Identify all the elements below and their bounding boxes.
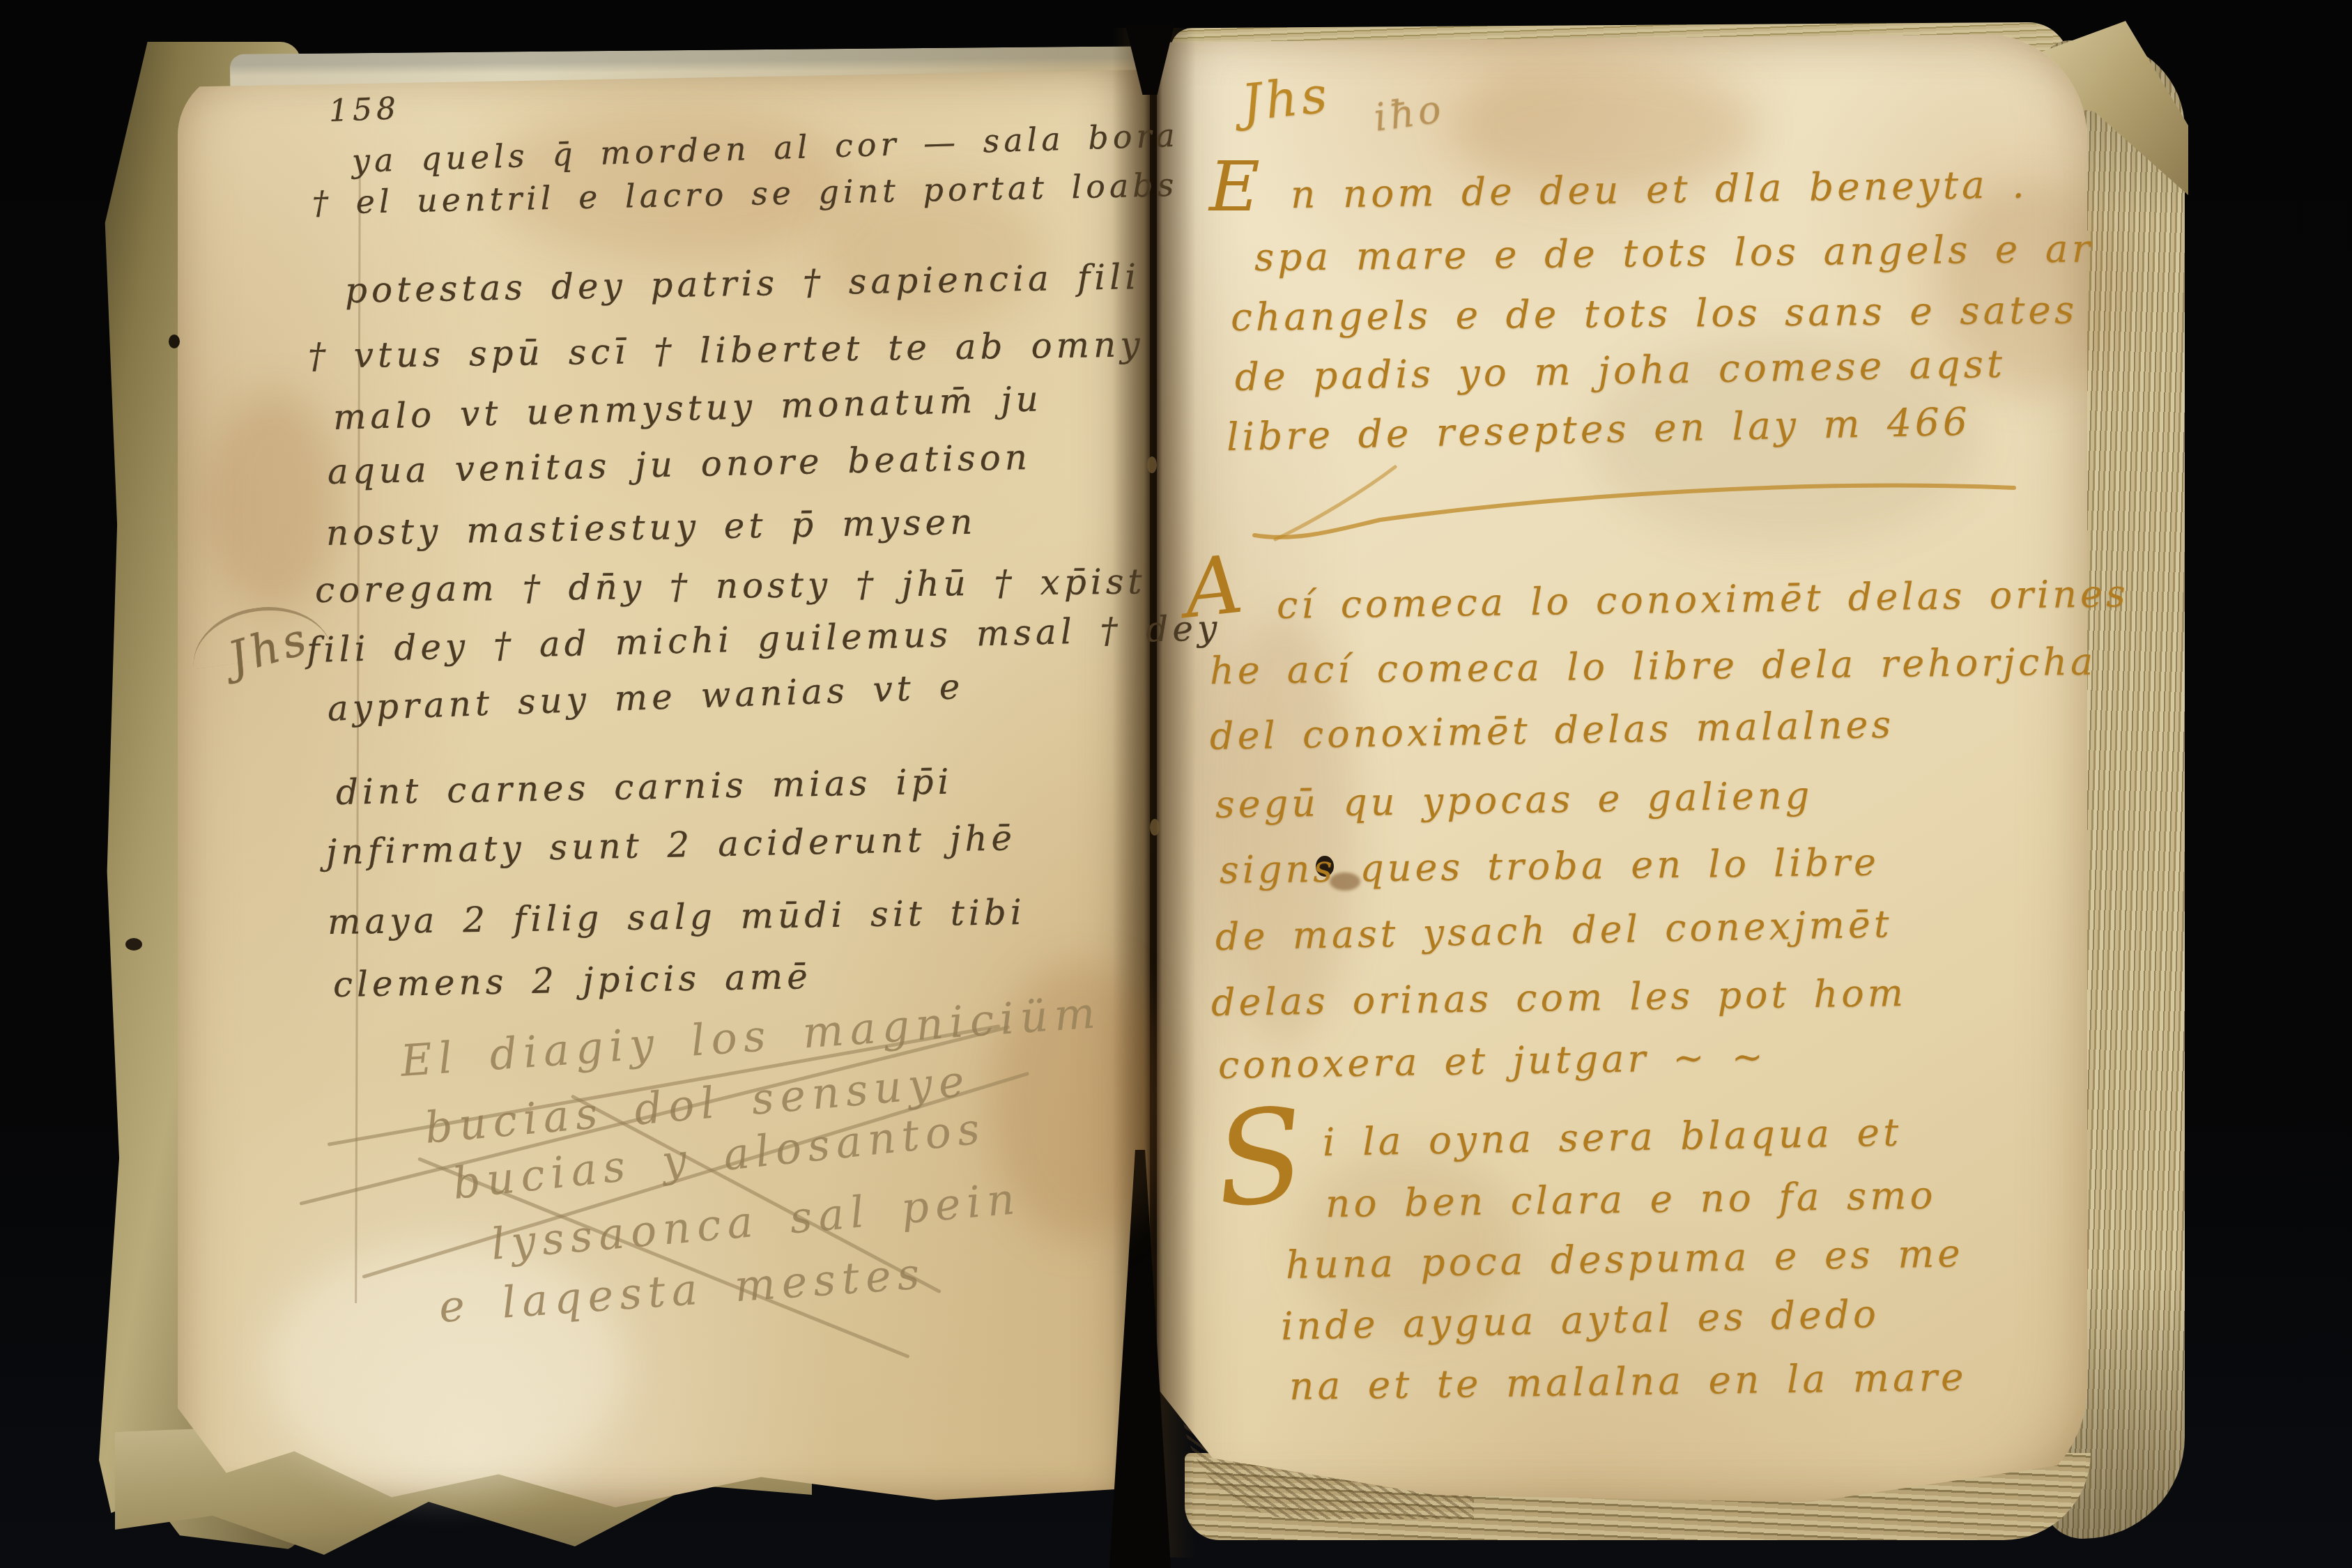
left-prayer-line: nosty mastiestuy et p̄ mysen <box>326 505 977 551</box>
right-title-line: spa mare e de tots los angels e ar <box>1254 229 2094 277</box>
left-prayer-line: dint carnes carnis mias ip̄i <box>336 764 953 810</box>
flourish-underline <box>1233 453 2056 551</box>
binding-stitch <box>1147 456 1157 473</box>
right-closing-line: no ben clara e no fa smo <box>1325 1176 1937 1223</box>
right-body-line: he ací comeca lo libre dela rehorjcha <box>1210 643 2097 690</box>
manuscript-photo: Jhs 158 ya quels q̄ morden al cor — sala… <box>0 0 2352 1568</box>
right-closing-line: i la oyna sera blaqua et <box>1323 1113 1903 1162</box>
right-body-line: delas orinas com les pot hom <box>1211 974 1907 1022</box>
binding-stitch <box>1150 819 1160 836</box>
title-initial: E <box>1209 152 1260 222</box>
left-prayer-line: maya 2 filig salg mūdi sit tibi <box>328 895 1026 939</box>
right-title-line: n nom de deu et dla beneyta . <box>1291 165 2029 214</box>
left-prayer-line: clemens 2 jpicis amē <box>333 959 813 1002</box>
dark-spot <box>125 938 142 951</box>
body-initial: A <box>1181 545 1247 631</box>
right-body-line: del conoximēt delas malalnes <box>1210 706 1895 755</box>
right-body-line: cí comeca lo conoximēt delas orines <box>1277 575 2129 624</box>
right-body-line: conoxera et jutgar ~ ~ <box>1218 1038 1767 1084</box>
dark-spot <box>169 335 180 348</box>
header-mark-iho: iħo <box>1371 89 1447 137</box>
left-prayer-line: coregam † dn̄y † nosty † jhū † xp̄ist <box>315 564 1146 608</box>
right-body-line: signs ques troba en lo libre <box>1220 843 1880 889</box>
closing-initial: S <box>1210 1090 1309 1226</box>
right-closing-line: huna poca despuma e es me <box>1286 1234 1965 1284</box>
page-number: 158 <box>328 93 400 127</box>
header-mark-jhs: Jhs <box>1239 69 1332 128</box>
right-body-line: segū qu ypocas e galieng <box>1215 777 1813 824</box>
right-closing-line: na et te malalna en la mare <box>1289 1358 1967 1406</box>
right-title-line: changels e de tots los sans e sates <box>1231 291 2078 337</box>
